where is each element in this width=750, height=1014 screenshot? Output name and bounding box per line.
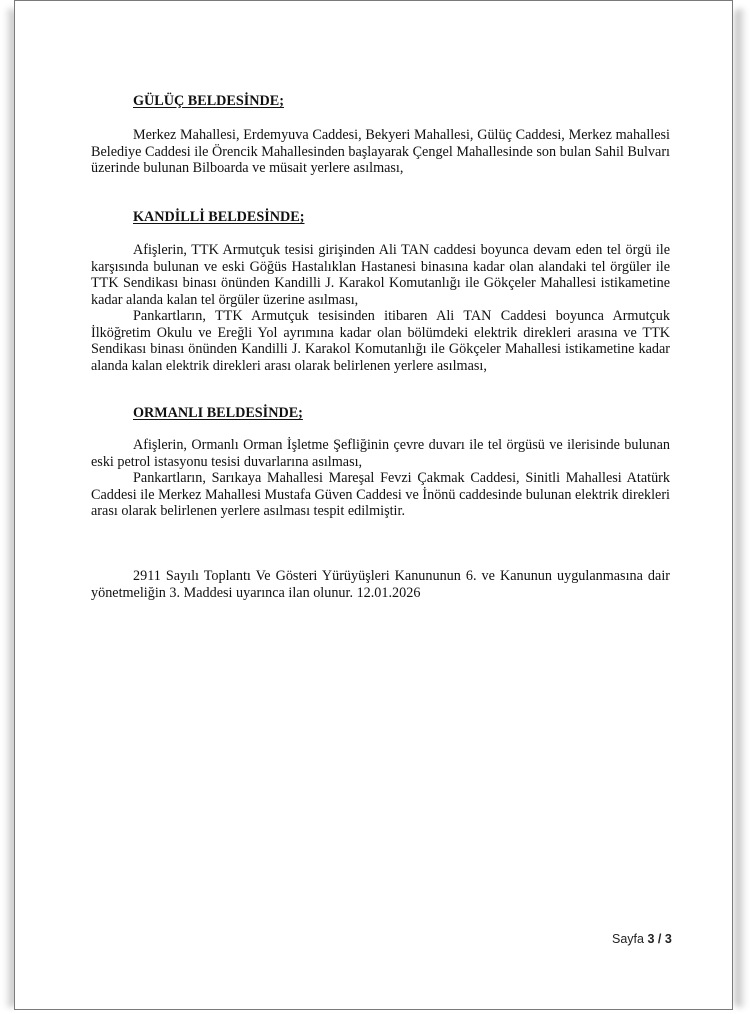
paragraph-kandilli-1: Afişlerin, TTK Armutçuk tesisi girişinde… <box>91 242 670 308</box>
page-number-footer: Sayfa 3 / 3 <box>612 932 672 946</box>
page-shadow-right <box>735 8 747 1008</box>
section-heading-ormanli: ORMANLI BELDESİNDE; <box>133 405 303 422</box>
document-page: GÜLÜÇ BELDESİNDE; Merkez Mahallesi, Erde… <box>14 0 733 1010</box>
paragraph-kandilli-2: Pankartların, TTK Armutçuk tesisinden it… <box>91 308 670 374</box>
paragraph-ormanli-1: Afişlerin, Ormanlı Orman İşletme Şefliği… <box>91 437 670 470</box>
page-label: Sayfa <box>612 932 644 946</box>
current-page-number: 3 <box>647 932 654 946</box>
total-pages-number: 3 <box>665 932 672 946</box>
closing-paragraph: 2911 Sayılı Toplantı Ve Gösteri Yürüyüşl… <box>91 568 670 601</box>
section-heading-kandilli: KANDİLLİ BELDESİNDE; <box>133 209 304 226</box>
paragraph-ormanli-2: Pankartların, Sarıkaya Mahallesi Mareşal… <box>91 470 670 520</box>
page-separator: / <box>658 932 661 946</box>
section-heading-gulu: GÜLÜÇ BELDESİNDE; <box>133 93 284 110</box>
paragraph-gulu-1: Merkez Mahallesi, Erdemyuva Caddesi, Bek… <box>91 127 670 177</box>
